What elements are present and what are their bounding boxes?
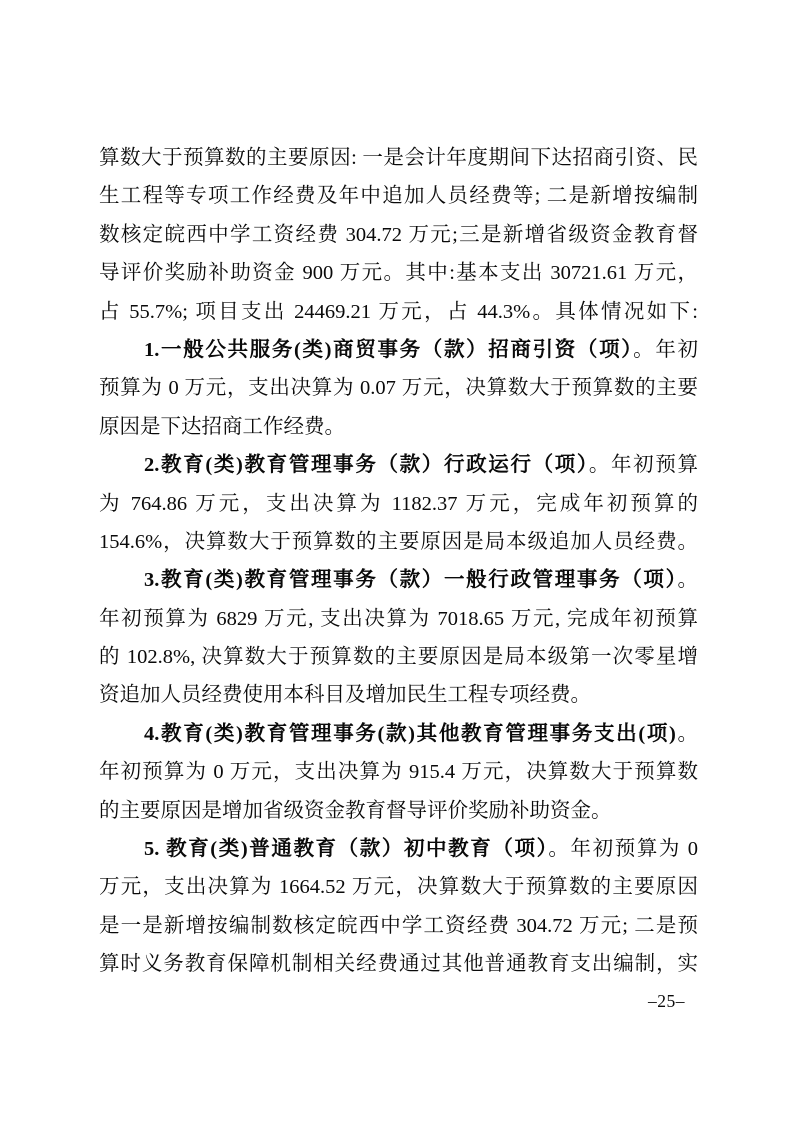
item-heading-run: 3.教育(类)教育管理事务（款）一般行政管理事务（项） [144,569,678,591]
body-text-run: 生工程等专项工作经费及年中追加人员经费等; 二是新增按编制 [99,185,698,207]
body-text-run: 。 [678,569,699,591]
body-text-run: 年初预算为 6829 万元, 支出决算为 7018.65 万元, 完成年初预算 [99,608,698,630]
text-line: 资追加人员经费使用本科目及增加民生工程专项经费。 [99,676,698,714]
body-text-run: 算数大于预算数的主要原因: 一是会计年度期间下达招商引资、民 [99,147,698,169]
text-line: 生工程等专项工作经费及年中追加人员经费等; 二是新增按编制 [99,177,698,215]
text-line: 算时义务教育保障机制相关经费通过其他普通教育支出编制，实 [99,945,698,983]
body-text-run: 。年初预算 [589,454,698,476]
item-heading-run: 2.教育(类)教育管理事务（款）行政运行（项） [144,454,589,476]
body-text-run: 是一是新增按编制数核定皖西中学工资经费 304.72 万元; 二是预 [99,915,698,937]
text-line: 的 102.8%, 决算数大于预算数的主要原因是局本级第一次零星增 [99,638,698,676]
body-text-run: 。 [676,723,698,745]
text-line: 5. 教育(类)普通教育（款）初中教育（项）。年初预算为 0 [99,830,698,868]
text-line: 为 764.86 万元，支出决算为 1182.37 万元，完成年初预算的 [99,485,698,523]
text-line: 2.教育(类)教育管理事务（款）行政运行（项）。年初预算 [99,446,698,484]
body-text-run: 数核定皖西中学工资经费 304.72 万元;三是新增省级资金教育督 [99,224,698,246]
text-line: 导评价奖励补助资金 900 万元。其中:基本支出 30721.61 万元， [99,254,698,292]
body-text-run: 占 55.7%; 项目支出 24469.21 万元，占 44.3%。具体情况如下… [99,301,698,323]
body-text-run: 原因是下达招商工作经费。 [99,416,345,438]
text-block: 算数大于预算数的主要原因: 一是会计年度期间下达招商引资、民生工程等专项工作经费… [99,139,698,984]
text-line: 算数大于预算数的主要原因: 一是会计年度期间下达招商引资、民 [99,139,698,177]
body-text-run: 年初预算为 0 万元，支出决算为 915.4 万元，决算数大于预算数 [99,761,698,783]
body-text-run: 的主要原因是增加省级资金教育督导评价奖励补助资金。 [99,800,612,822]
body-text-run: 的 102.8%, 决算数大于预算数的主要原因是局本级第一次零星增 [99,646,698,668]
item-heading-run: 4.教育(类)教育管理事务(款)其他教育管理事务支出(项) [144,723,676,745]
text-line: 4.教育(类)教育管理事务(款)其他教育管理事务支出(项)。 [99,715,698,753]
body-text-run: 万元，支出决算为 1664.52 万元，决算数大于预算数的主要原因 [99,876,698,898]
text-line: 154.6%，决算数大于预算数的主要原因是局本级追加人员经费。 [99,523,698,561]
body-text-run: 算时义务教育保障机制相关经费通过其他普通教育支出编制，实 [99,953,698,975]
item-heading-run: 5. 教育(类)普通教育（款）初中教育（项） [144,838,548,860]
document-page: 算数大于预算数的主要原因: 一是会计年度期间下达招商引资、民生工程等专项工作经费… [0,0,793,1122]
body-text-run: 为 764.86 万元，支出决算为 1182.37 万元，完成年初预算的 [99,493,698,515]
body-text-run: 154.6%，决算数大于预算数的主要原因是局本级追加人员经费。 [99,531,698,553]
body-text-run: 导评价奖励补助资金 900 万元。其中:基本支出 30721.61 万元， [99,262,698,284]
body-text-run: 预算为 0 万元，支出决算为 0.07 万元，决算数大于预算数的主要 [99,377,698,399]
text-line: 3.教育(类)教育管理事务（款）一般行政管理事务（项）。 [99,561,698,599]
text-line: 原因是下达招商工作经费。 [99,408,698,446]
text-line: 数核定皖西中学工资经费 304.72 万元;三是新增省级资金教育督 [99,216,698,254]
text-line: 1.一般公共服务(类)商贸事务（款）招商引资（项）。年初 [99,331,698,369]
text-line: 占 55.7%; 项目支出 24469.21 万元，占 44.3%。具体情况如下… [99,293,698,331]
text-line: 年初预算为 6829 万元, 支出决算为 7018.65 万元, 完成年初预算 [99,600,698,638]
body-text-run: 。年初 [633,339,698,361]
page-number: –25– [648,990,685,1012]
text-line: 的主要原因是增加省级资金教育督导评价奖励补助资金。 [99,792,698,830]
text-line: 是一是新增按编制数核定皖西中学工资经费 304.72 万元; 二是预 [99,907,698,945]
body-text-run: 。年初预算为 0 [548,838,698,860]
text-line: 万元，支出决算为 1664.52 万元，决算数大于预算数的主要原因 [99,868,698,906]
text-line: 年初预算为 0 万元，支出决算为 915.4 万元，决算数大于预算数 [99,753,698,791]
body-text-run: 资追加人员经费使用本科目及增加民生工程专项经费。 [99,684,591,706]
item-heading-run: 1.一般公共服务(类)商贸事务（款）招商引资（项） [144,339,633,361]
text-line: 预算为 0 万元，支出决算为 0.07 万元，决算数大于预算数的主要 [99,369,698,407]
